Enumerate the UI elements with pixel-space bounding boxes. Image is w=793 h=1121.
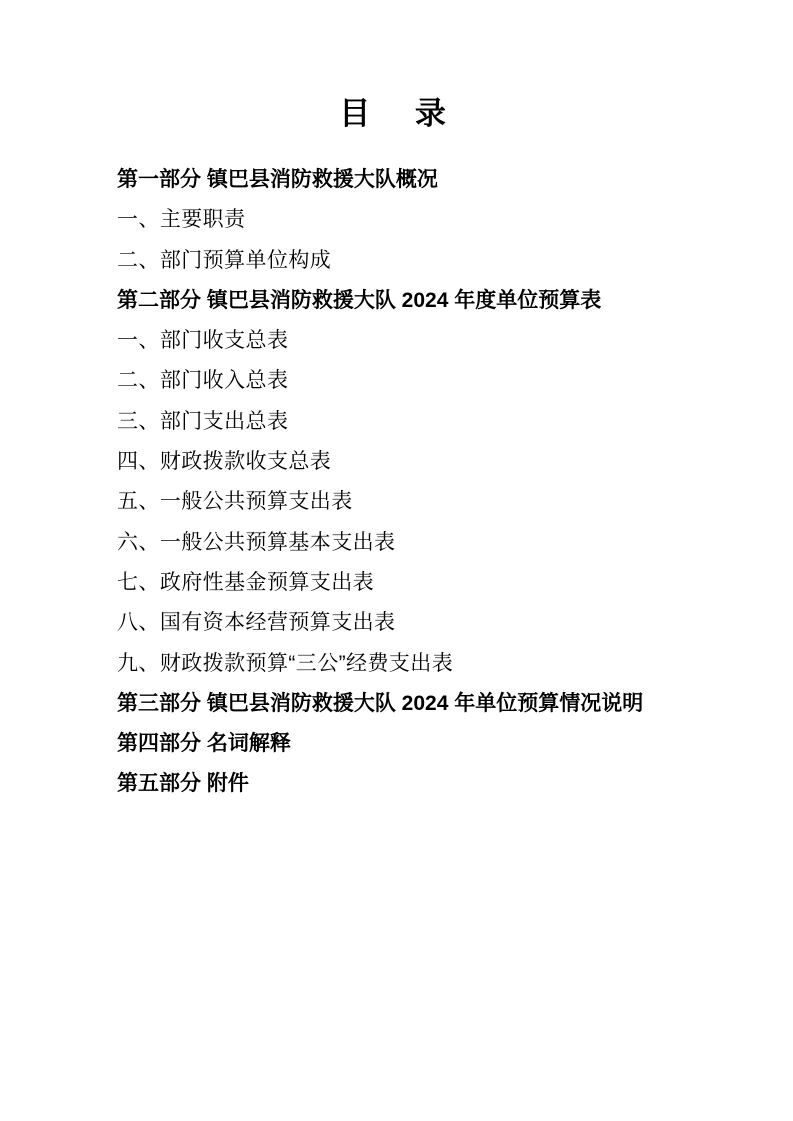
toc-entry-part-2: 第二部分 镇巴县消防救援大队 2024 年度单位预算表 (117, 281, 715, 321)
document-page: 目 录 第一部分 镇巴县消防救援大队概况 一、主要职责 二、部门预算单位构成 第… (0, 0, 793, 1121)
toc-entry-item: 四、财政拨款收支总表 (117, 442, 715, 482)
toc-entry-item: 六、一般公共预算基本支出表 (117, 523, 715, 563)
toc-entry-item: 九、财政拨款预算“三公”经费支出表 (117, 644, 715, 684)
toc-entry-item: 七、政府性基金预算支出表 (117, 563, 715, 603)
toc-entry-item: 五、一般公共预算支出表 (117, 482, 715, 522)
toc-entry-part-1: 第一部分 镇巴县消防救援大队概况 (117, 160, 715, 200)
toc-entry-item: 三、部门支出总表 (117, 402, 715, 442)
toc-entry-part-4: 第四部分 名词解释 (117, 724, 715, 764)
toc-entry-part-3: 第三部分 镇巴县消防救援大队 2024 年单位预算情况说明 (117, 684, 715, 724)
toc-entry-item: 一、主要职责 (117, 200, 715, 240)
toc-entry-item: 一、部门收支总表 (117, 321, 715, 361)
toc-list: 第一部分 镇巴县消防救援大队概况 一、主要职责 二、部门预算单位构成 第二部分 … (117, 160, 715, 805)
toc-entry-item: 二、部门收入总表 (117, 361, 715, 401)
toc-entry-item: 二、部门预算单位构成 (117, 241, 715, 281)
toc-entry-item: 八、国有资本经营预算支出表 (117, 603, 715, 643)
page-title: 目 录 (117, 92, 675, 136)
toc-entry-part-5: 第五部分 附件 (117, 764, 715, 804)
